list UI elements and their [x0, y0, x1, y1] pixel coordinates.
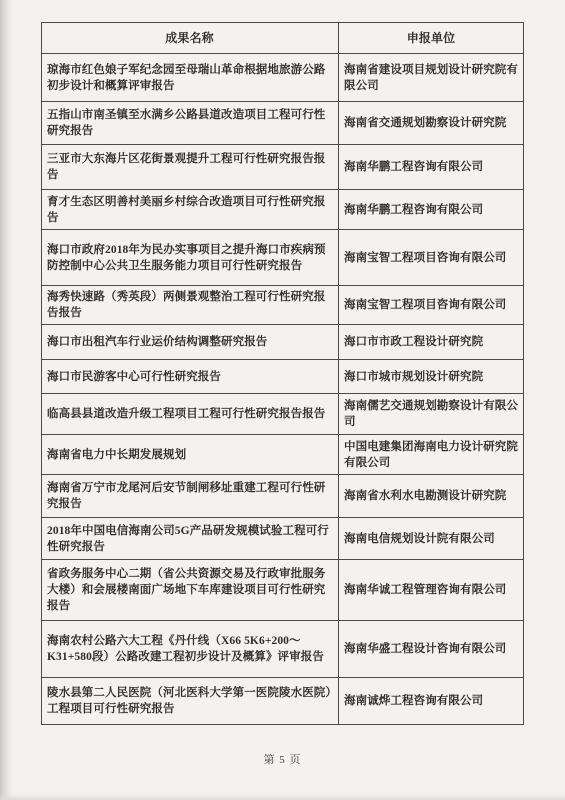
table-row: 三亚市大东海片区花街景观提升工程可行性研究报告报告 海南华鹏工程咨询有限公司 — [42, 144, 523, 189]
cell-result-name: 临高县县道改造升级工程项目工程可行性研究报告报告 — [42, 394, 338, 434]
cell-declaring-unit: 中国电建集团海南电力设计研究院有限公司 — [338, 435, 523, 474]
cell-declaring-unit: 海南华盛工程设计咨询有限公司 — [338, 621, 523, 677]
table-row: 海口市政府2018年为民办实事项目之提升海口市疾病预防控制中心公共卫生服务能力项… — [42, 229, 523, 285]
table-row: 海口市民游客中心可行性研究报告 海口市城市规划设计研究院 — [42, 359, 523, 393]
scan-bottom-edge-shadow — [0, 794, 565, 800]
table-row: 琼海市红色娘子军纪念园至母瑞山革命根据地旅游公路初步设计和概算评审报告 海南省建… — [42, 53, 523, 101]
results-table: 成果名称 申报单位 琼海市红色娘子军纪念园至母瑞山革命根据地旅游公路初步设计和概… — [41, 22, 524, 725]
cell-declaring-unit: 海口市城市规划设计研究院 — [338, 360, 523, 393]
cell-result-name: 省政务服务中心二期（省公共资源交易及行政审批服务大楼）和会展楼南面广场地下车库建… — [42, 560, 338, 620]
table-header-row: 成果名称 申报单位 — [42, 23, 523, 53]
table-row: 海南省万宁市龙尾河后安节制闸移址重建工程可行性研究报告 海南省水利水电勘测设计研… — [42, 474, 523, 517]
cell-declaring-unit: 海南省交通规划勘察设计研究院 — [338, 102, 523, 144]
cell-declaring-unit: 海南电信规划设计院有限公司 — [338, 518, 523, 559]
column-header-declaring-unit: 申报单位 — [338, 23, 523, 53]
page-number: 第 5 页 — [41, 753, 524, 767]
column-header-result-name: 成果名称 — [42, 23, 338, 53]
table-row: 2018年中国电信海南公司5G产品研发规模试验工程可行性研究报告 海南电信规划设… — [42, 517, 523, 559]
cell-declaring-unit: 海南诚烨工程咨询有限公司 — [338, 678, 523, 724]
cell-declaring-unit: 海南华鹏工程咨询有限公司 — [338, 145, 523, 189]
table-row: 五指山市南圣镇至水满乡公路县道改造项目工程可行性研究报告 海南省交通规划勘察设计… — [42, 101, 523, 144]
cell-result-name: 海口市民游客中心可行性研究报告 — [42, 360, 338, 393]
cell-result-name: 海口市出租汽车行业运价结构调整研究报告 — [42, 325, 338, 359]
cell-result-name: 海南省电力中长期发展规划 — [42, 435, 338, 474]
cell-declaring-unit: 海南儒艺交通规划勘察设计有限公司 — [338, 394, 523, 434]
cell-declaring-unit: 海南宝智工程项目咨询有限公司 — [338, 286, 523, 324]
cell-declaring-unit: 海南宝智工程项目咨询有限公司 — [338, 230, 523, 285]
cell-result-name: 海南省万宁市龙尾河后安节制闸移址重建工程可行性研究报告 — [42, 475, 338, 517]
table-row: 海南农村公路六大工程《丹什线（X66 5K6+200～K31+580段）公路改建… — [42, 620, 523, 677]
cell-result-name: 海秀快速路（秀英段）两侧景观整治工程可行性研究报告报告 — [42, 286, 338, 324]
cell-result-name: 育才生态区明善村美丽乡村综合改造项目可行性研究报告 — [42, 190, 338, 229]
cell-declaring-unit: 海南省水利水电勘测设计研究院 — [338, 475, 523, 517]
cell-result-name: 陵水县第二人民医院（河北医科大学第一医院陵水医院）工程项目可行性研究报告 — [42, 678, 338, 724]
table-row: 海南省电力中长期发展规划 中国电建集团海南电力设计研究院有限公司 — [42, 434, 523, 474]
table-row: 海秀快速路（秀英段）两侧景观整治工程可行性研究报告报告 海南宝智工程项目咨询有限… — [42, 285, 523, 324]
cell-result-name: 海口市政府2018年为民办实事项目之提升海口市疾病预防控制中心公共卫生服务能力项… — [42, 230, 338, 285]
table-row: 临高县县道改造升级工程项目工程可行性研究报告报告 海南儒艺交通规划勘察设计有限公… — [42, 393, 523, 434]
table-row: 陵水县第二人民医院（河北医科大学第一医院陵水医院）工程项目可行性研究报告 海南诚… — [42, 677, 523, 724]
cell-result-name: 海南农村公路六大工程《丹什线（X66 5K6+200～K31+580段）公路改建… — [42, 621, 338, 677]
cell-result-name: 琼海市红色娘子军纪念园至母瑞山革命根据地旅游公路初步设计和概算评审报告 — [42, 54, 338, 101]
scan-left-edge-shadow — [0, 0, 14, 800]
table-row: 省政务服务中心二期（省公共资源交易及行政审批服务大楼）和会展楼南面广场地下车库建… — [42, 559, 523, 620]
cell-declaring-unit: 海南华诚工程管理咨询有限公司 — [338, 560, 523, 620]
table-row: 育才生态区明善村美丽乡村综合改造项目可行性研究报告 海南华鹏工程咨询有限公司 — [42, 189, 523, 229]
cell-declaring-unit: 海南华鹏工程咨询有限公司 — [338, 190, 523, 229]
cell-result-name: 五指山市南圣镇至水满乡公路县道改造项目工程可行性研究报告 — [42, 102, 338, 144]
cell-declaring-unit: 海南省建设项目规划设计研究院有限公司 — [338, 54, 523, 101]
cell-declaring-unit: 海口市市政工程设计研究院 — [338, 325, 523, 359]
table-row: 海口市出租汽车行业运价结构调整研究报告 海口市市政工程设计研究院 — [42, 324, 523, 359]
cell-result-name: 2018年中国电信海南公司5G产品研发规模试验工程可行性研究报告 — [42, 518, 338, 559]
scanned-document-page: { "colors": { "paper": "#f3f2ef", "borde… — [0, 0, 565, 800]
cell-result-name: 三亚市大东海片区花街景观提升工程可行性研究报告报告 — [42, 145, 338, 189]
